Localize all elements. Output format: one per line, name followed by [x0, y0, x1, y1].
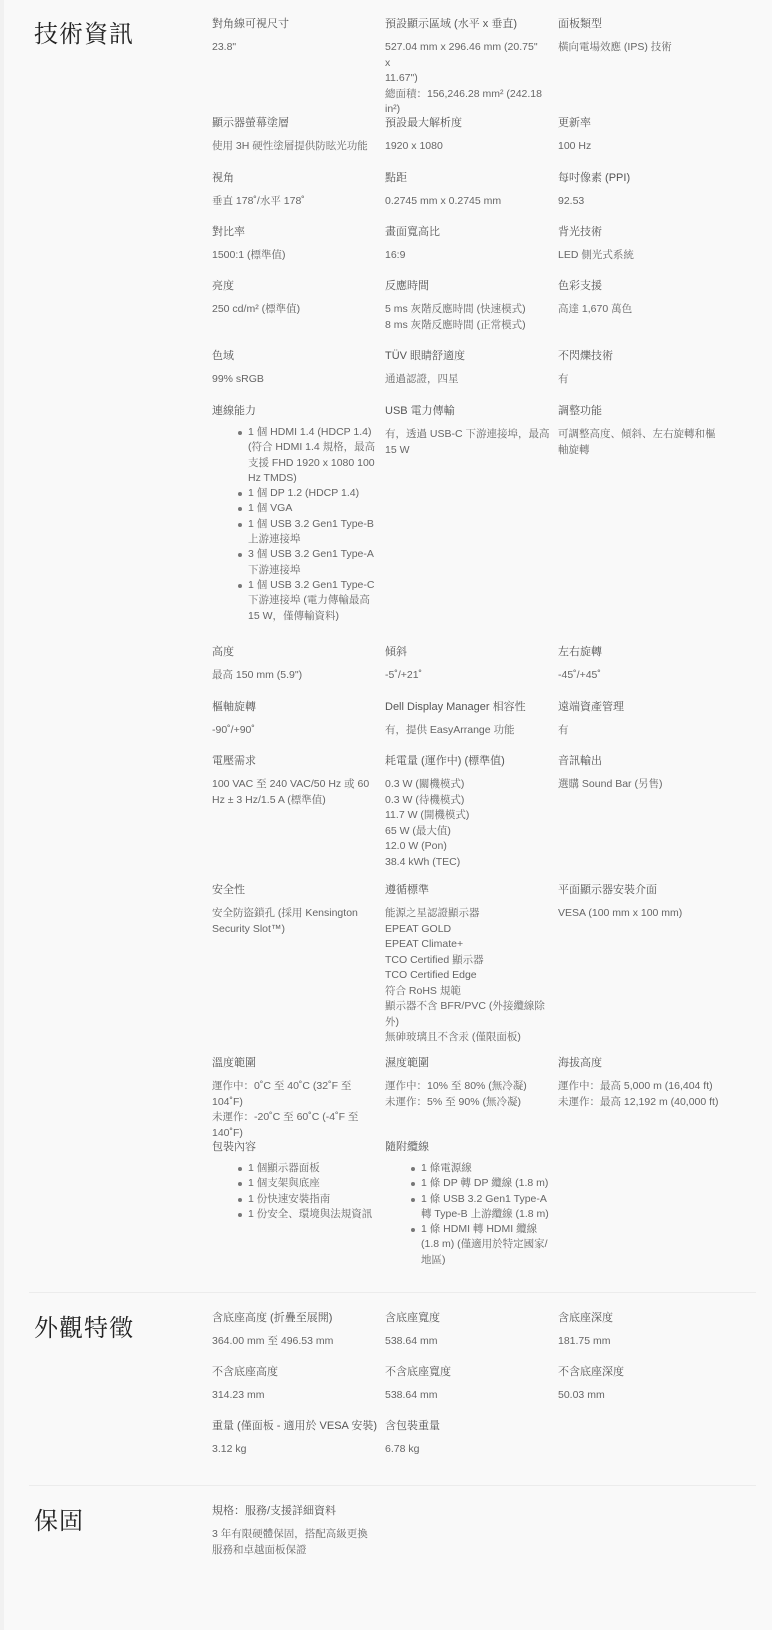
value-line: 11.67") [385, 71, 545, 87]
spec-value: 6.78 kg [385, 1442, 557, 1458]
list-item: 1 條 USB 3.2 Gen1 Type-A 轉 Type-B 上游纜線 (1… [411, 1192, 553, 1223]
spec-value: 運作中：0˚C 至 40˚C (32˚F 至 104˚F) 未運作：-20˚C … [212, 1079, 380, 1141]
spec-value: 99% sRGB [212, 372, 384, 388]
spec-label: 色域 [212, 349, 384, 363]
spec-value: LED 側光式系統 [558, 248, 730, 264]
spec-vesa-mount: 平面顯示器安裝介面 VESA (100 mm x 100 mm) [558, 883, 730, 922]
spec-label: 電壓需求 [212, 754, 382, 768]
value-line: 運作中：最高 5,000 m (16,404 ft) [558, 1079, 748, 1095]
spec-usb-pd: USB 電力傳輸 有，透過 USB-C 下游連接埠，最高 15 W [385, 404, 550, 458]
list-item: 1 份安全、環境與法規資訊 [238, 1207, 384, 1222]
spec-label: 遠端資產管理 [558, 700, 730, 714]
spec-weight-panel: 重量 (僅面板 - 適用於 VESA 安裝) 3.12 kg [212, 1419, 384, 1458]
spec-power-consumption: 耗電量 (運作中) (標準值) 0.3 W (關機模式) 0.3 W (待機模式… [385, 754, 557, 870]
spec-temperature: 溫度範圍 運作中：0˚C 至 40˚C (32˚F 至 104˚F) 未運作：-… [212, 1056, 380, 1141]
spec-resolution: 預設最大解析度 1920 x 1080 [385, 116, 557, 155]
spec-value: -5˚/+21˚ [385, 668, 557, 684]
spec-label: 含底座高度 (折疊至展開) [212, 1311, 384, 1325]
list-item: 1 條 DP 轉 DP 纜線 (1.8 m) [411, 1176, 553, 1191]
spec-value: 1920 x 1080 [385, 139, 557, 155]
spec-swivel: 左右旋轉 -45˚/+45˚ [558, 645, 730, 684]
spec-label: 視角 [212, 171, 384, 185]
spec-value: 有 [558, 723, 730, 739]
value-line: 8 ms 灰階反應時間 (正常模式) [385, 318, 557, 334]
spec-label: 海拔高度 [558, 1056, 748, 1070]
spec-altitude: 海拔高度 運作中：最高 5,000 m (16,404 ft) 未運作：最高 1… [558, 1056, 748, 1110]
spec-label: 連線能力 [212, 404, 382, 418]
spec-color-support: 色彩支援 高達 1,670 萬色 [558, 279, 730, 318]
list-item: 1 個 VGA [238, 501, 382, 516]
spec-depth-without-stand: 不含底座深度 50.03 mm [558, 1365, 730, 1404]
spec-label: 樞軸旋轉 [212, 700, 384, 714]
spec-label: 高度 [212, 645, 384, 659]
spec-value: 92.53 [558, 194, 730, 210]
list-item: 1 個 USB 3.2 Gen1 Type-C 下游連接埠 (電力傳輸最高 15… [238, 578, 382, 624]
list-item: 1 個顯示器面板 [238, 1161, 384, 1176]
spec-label: 音訊輸出 [558, 754, 730, 768]
value-line: 總面積：156,246.28 mm² (242.18 [385, 87, 545, 103]
section-title: 技術資訊 [34, 14, 134, 49]
spec-label: 調整功能 [558, 404, 723, 418]
spec-value: 1500:1 (標準值) [212, 248, 384, 264]
spec-label: 含包裝重量 [385, 1419, 557, 1433]
spec-adjustability: 調整功能 可調整高度、傾斜、左右旋轉和樞軸旋轉 [558, 404, 723, 458]
spec-label: 每吋像素 (PPI) [558, 171, 730, 185]
spec-value: 3 年有限硬體保固，搭配高級更換服務和卓越面板保證 [212, 1527, 377, 1558]
spec-depth-with-stand: 含底座深度 181.75 mm [558, 1311, 730, 1350]
spec-panel-type: 面板類型 橫向電場效應 (IPS) 技術 [558, 17, 730, 56]
spec-label: 溫度範圍 [212, 1056, 380, 1070]
spec-label: 不含底座深度 [558, 1365, 730, 1379]
spec-value: 50.03 mm [558, 1388, 730, 1404]
section-physical: 外觀特徵 含底座高度 (折疊至展開) 364.00 mm 至 496.53 mm… [29, 1292, 756, 1486]
list-item: 1 份快速安裝指南 [238, 1192, 384, 1207]
spec-value: 安全防盜鎖孔 (採用 Kensington Security Slot™) [212, 906, 377, 937]
spec-label: 安全性 [212, 883, 377, 897]
value-line: 運作中：10% 至 80% (無冷凝) [385, 1079, 557, 1095]
spec-label: 平面顯示器安裝介面 [558, 883, 730, 897]
spec-diagonal: 對角線可視尺寸 23.8" [212, 17, 384, 56]
spec-label: 亮度 [212, 279, 384, 293]
spec-value: 16:9 [385, 248, 557, 264]
value-line: 0.3 W (待機模式) [385, 793, 557, 809]
spec-connectivity: 連線能力 1 個 HDMI 1.4 (HDCP 1.4) (符合 HDMI 1.… [212, 404, 382, 624]
spec-response-time: 反應時間 5 ms 灰階反應時間 (快速模式) 8 ms 灰階反應時間 (正常模… [385, 279, 557, 333]
spec-value: 538.64 mm [385, 1388, 557, 1404]
value-line: 5 ms 灰階反應時間 (快速模式) [385, 302, 557, 318]
value-line: 0.3 W (關機模式) [385, 777, 557, 793]
value-line: EPEAT GOLD [385, 922, 550, 938]
spec-value: 橫向電場效應 (IPS) 技術 [558, 40, 730, 56]
spec-label: 包裝內容 [212, 1140, 384, 1154]
spec-remote-asset: 遠端資產管理 有 [558, 700, 730, 739]
spec-coating: 顯示器螢幕塗層 使用 3H 硬性塗層提供防眩光功能 [212, 116, 384, 155]
spec-value: 527.04 mm x 296.46 mm (20.75" x 11.67") … [385, 40, 545, 118]
spec-value: 通過認證，四星 [385, 372, 557, 388]
spec-label: 不含底座寬度 [385, 1365, 557, 1379]
spec-value: VESA (100 mm x 100 mm) [558, 906, 730, 922]
spec-value: 181.75 mm [558, 1334, 730, 1350]
value-line: 無砷玻璃且不含汞 (僅限面板) [385, 1030, 550, 1046]
spec-page: 技術資訊 對角線可視尺寸 23.8" 預設顯示區域 (水平 x 垂直) 527.… [0, 0, 772, 1630]
spec-label: 顯示器螢幕塗層 [212, 116, 384, 130]
spec-label: 傾斜 [385, 645, 557, 659]
list-item: 1 個支架與底座 [238, 1176, 384, 1191]
spec-value: 0.2745 mm x 0.2745 mm [385, 194, 557, 210]
value-line: 38.4 kWh (TEC) [385, 855, 557, 871]
spec-value: 3.12 kg [212, 1442, 384, 1458]
spec-value: 能源之星認證顯示器 EPEAT GOLD EPEAT Climate+ TCO … [385, 906, 550, 1046]
spec-label: 面板類型 [558, 17, 730, 31]
spec-value: 有，透過 USB-C 下游連接埠，最高 15 W [385, 427, 550, 458]
spec-value: 314.23 mm [212, 1388, 384, 1404]
value-line: 12.0 W (Pon) [385, 839, 557, 855]
spec-label: TÜV 眼睛舒適度 [385, 349, 557, 363]
section-title: 保固 [34, 1501, 84, 1536]
spec-value: 運作中：10% 至 80% (無冷凝) 未運作：5% 至 90% (無冷凝) [385, 1079, 557, 1110]
spec-weight-packaged: 含包裝重量 6.78 kg [385, 1419, 557, 1458]
section-tech-specs: 技術資訊 對角線可視尺寸 23.8" 預設顯示區域 (水平 x 垂直) 527.… [29, 0, 756, 1290]
list-item: 1 個 HDMI 1.4 (HDCP 1.4) (符合 HDMI 1.4 規格，… [238, 425, 382, 486]
spec-height-without-stand: 不含底座高度 314.23 mm [212, 1365, 384, 1404]
spec-ddm: Dell Display Manager 相容性 有，提供 EasyArrang… [385, 700, 557, 739]
spec-value: 0.3 W (關機模式) 0.3 W (待機模式) 11.7 W (開機模式) … [385, 777, 557, 870]
value-line: TCO Certified 顯示器 [385, 953, 550, 969]
spec-humidity: 濕度範圍 運作中：10% 至 80% (無冷凝) 未運作：5% 至 90% (無… [385, 1056, 557, 1110]
spec-label: 反應時間 [385, 279, 557, 293]
spec-label: Dell Display Manager 相容性 [385, 700, 557, 714]
spec-label: 不閃爍技術 [558, 349, 730, 363]
spec-value: 選購 Sound Bar (另售) [558, 777, 730, 793]
spec-value: 23.8" [212, 40, 384, 56]
spec-color-gamut: 色域 99% sRGB [212, 349, 384, 388]
spec-flicker-free: 不閃爍技術 有 [558, 349, 730, 388]
spec-value: 有 [558, 372, 730, 388]
spec-value: 可調整高度、傾斜、左右旋轉和樞軸旋轉 [558, 427, 723, 458]
spec-value: 有，提供 EasyArrange 功能 [385, 723, 557, 739]
value-line: 65 W (最大值) [385, 824, 557, 840]
spec-label: 預設最大解析度 [385, 116, 557, 130]
spec-value: 運作中：最高 5,000 m (16,404 ft) 未運作：最高 12,192… [558, 1079, 748, 1110]
value-line: 能源之星認證顯示器 [385, 906, 550, 922]
spec-label: 不含底座高度 [212, 1365, 384, 1379]
connectivity-list: 1 個 HDMI 1.4 (HDCP 1.4) (符合 HDMI 1.4 規格，… [212, 425, 382, 624]
spec-voltage: 電壓需求 100 VAC 至 240 VAC/50 Hz 或 60 Hz ± 3… [212, 754, 382, 808]
spec-label: 含底座寬度 [385, 1311, 557, 1325]
value-line: TCO Certified Edge [385, 968, 550, 984]
spec-value: 538.64 mm [385, 1334, 557, 1350]
spec-label: 重量 (僅面板 - 適用於 VESA 安裝) [212, 1419, 384, 1433]
spec-contrast: 對比率 1500:1 (標準值) [212, 225, 384, 264]
value-line: 符合 RoHS 規範 [385, 984, 550, 1000]
spec-label: 畫面寬高比 [385, 225, 557, 239]
spec-value: 5 ms 灰階反應時間 (快速模式) 8 ms 灰階反應時間 (正常模式) [385, 302, 557, 333]
spec-label: 點距 [385, 171, 557, 185]
spec-value: 250 cd/m² (標準值) [212, 302, 384, 318]
spec-audio-output: 音訊輸出 選購 Sound Bar (另售) [558, 754, 730, 793]
value-line: 527.04 mm x 296.46 mm (20.75" x [385, 40, 545, 71]
spec-height-adjust: 高度 最高 150 mm (5.9") [212, 645, 384, 684]
list-item: 1 條電源線 [411, 1161, 553, 1176]
spec-value: 364.00 mm 至 496.53 mm [212, 1334, 384, 1350]
value-line: EPEAT Climate+ [385, 937, 550, 953]
spec-label: 規格：服務/支援詳細資料 [212, 1504, 377, 1518]
spec-label: 濕度範圍 [385, 1056, 557, 1070]
list-item: 1 個 DP 1.2 (HDCP 1.4) [238, 486, 382, 501]
section-warranty: 保固 規格：服務/支援詳細資料 3 年有限硬體保固，搭配高級更換服務和卓越面板保… [29, 1485, 756, 1630]
spec-cables: 隨附纜線 1 條電源線 1 條 DP 轉 DP 纜線 (1.8 m) 1 條 U… [385, 1140, 553, 1268]
spec-ppi: 每吋像素 (PPI) 92.53 [558, 171, 730, 210]
spec-height-with-stand: 含底座高度 (折疊至展開) 364.00 mm 至 496.53 mm [212, 1311, 384, 1350]
value-line: 未運作：-20˚C 至 60˚C (-4˚F 至 140˚F) [212, 1110, 380, 1141]
spec-backlight: 背光技術 LED 側光式系統 [558, 225, 730, 264]
list-item: 3 個 USB 3.2 Gen1 Type-A 下游連接埠 [238, 547, 382, 578]
spec-display-area: 預設顯示區域 (水平 x 垂直) 527.04 mm x 296.46 mm (… [385, 17, 545, 118]
spec-pivot: 樞軸旋轉 -90˚/+90˚ [212, 700, 384, 739]
spec-pixel-pitch: 點距 0.2745 mm x 0.2745 mm [385, 171, 557, 210]
spec-label: 隨附纜線 [385, 1140, 553, 1154]
spec-value: -45˚/+45˚ [558, 668, 730, 684]
cables-list: 1 條電源線 1 條 DP 轉 DP 纜線 (1.8 m) 1 條 USB 3.… [385, 1161, 553, 1268]
spec-brightness: 亮度 250 cd/m² (標準值) [212, 279, 384, 318]
spec-security: 安全性 安全防盜鎖孔 (採用 Kensington Security Slot™… [212, 883, 377, 937]
spec-value: 最高 150 mm (5.9") [212, 668, 384, 684]
spec-viewing-angle: 視角 垂直 178˚/水平 178˚ [212, 171, 384, 210]
spec-label: 預設顯示區域 (水平 x 垂直) [385, 17, 545, 31]
value-line: 未運作：最高 12,192 m (40,000 ft) [558, 1095, 748, 1111]
spec-value: 垂直 178˚/水平 178˚ [212, 194, 384, 210]
spec-value: 使用 3H 硬性塗層提供防眩光功能 [212, 139, 384, 155]
spec-refresh-rate: 更新率 100 Hz [558, 116, 730, 155]
spec-label: 遵循標準 [385, 883, 550, 897]
value-line: 運作中：0˚C 至 40˚C (32˚F 至 104˚F) [212, 1079, 380, 1110]
spec-label: 對角線可視尺寸 [212, 17, 384, 31]
value-line: 未運作：5% 至 90% (無冷凝) [385, 1095, 557, 1111]
spec-width-with-stand: 含底座寬度 538.64 mm [385, 1311, 557, 1350]
spec-label: USB 電力傳輸 [385, 404, 550, 418]
spec-label: 對比率 [212, 225, 384, 239]
value-line: 11.7 W (開機模式) [385, 808, 557, 824]
spec-tilt: 傾斜 -5˚/+21˚ [385, 645, 557, 684]
spec-label: 含底座深度 [558, 1311, 730, 1325]
spec-label: 耗電量 (運作中) (標準值) [385, 754, 557, 768]
value-line: 顯示器不含 BFR/PVC (外接纜線除外) [385, 999, 550, 1030]
spec-compliance: 遵循標準 能源之星認證顯示器 EPEAT GOLD EPEAT Climate+… [385, 883, 550, 1046]
spec-value: 100 Hz [558, 139, 730, 155]
box-contents-list: 1 個顯示器面板 1 個支架與底座 1 份快速安裝指南 1 份安全、環境與法規資… [212, 1161, 384, 1222]
spec-value: -90˚/+90˚ [212, 723, 384, 739]
spec-box-contents: 包裝內容 1 個顯示器面板 1 個支架與底座 1 份快速安裝指南 1 份安全、環… [212, 1140, 384, 1222]
spec-value: 高達 1,670 萬色 [558, 302, 730, 318]
list-item: 1 條 HDMI 轉 HDMI 纜線 (1.8 m) (僅適用於特定國家/地區) [411, 1222, 553, 1268]
spec-label: 左右旋轉 [558, 645, 730, 659]
spec-width-without-stand: 不含底座寬度 538.64 mm [385, 1365, 557, 1404]
list-item: 1 個 USB 3.2 Gen1 Type-B 上游連接埠 [238, 517, 382, 548]
spec-label: 背光技術 [558, 225, 730, 239]
spec-warranty: 規格：服務/支援詳細資料 3 年有限硬體保固，搭配高級更換服務和卓越面板保證 [212, 1504, 377, 1558]
spec-aspect-ratio: 畫面寬高比 16:9 [385, 225, 557, 264]
spec-value: 100 VAC 至 240 VAC/50 Hz 或 60 Hz ± 3 Hz/1… [212, 777, 382, 808]
section-title: 外觀特徵 [34, 1308, 134, 1343]
spec-tuv: TÜV 眼睛舒適度 通過認證，四星 [385, 349, 557, 388]
spec-label: 色彩支援 [558, 279, 730, 293]
spec-label: 更新率 [558, 116, 730, 130]
